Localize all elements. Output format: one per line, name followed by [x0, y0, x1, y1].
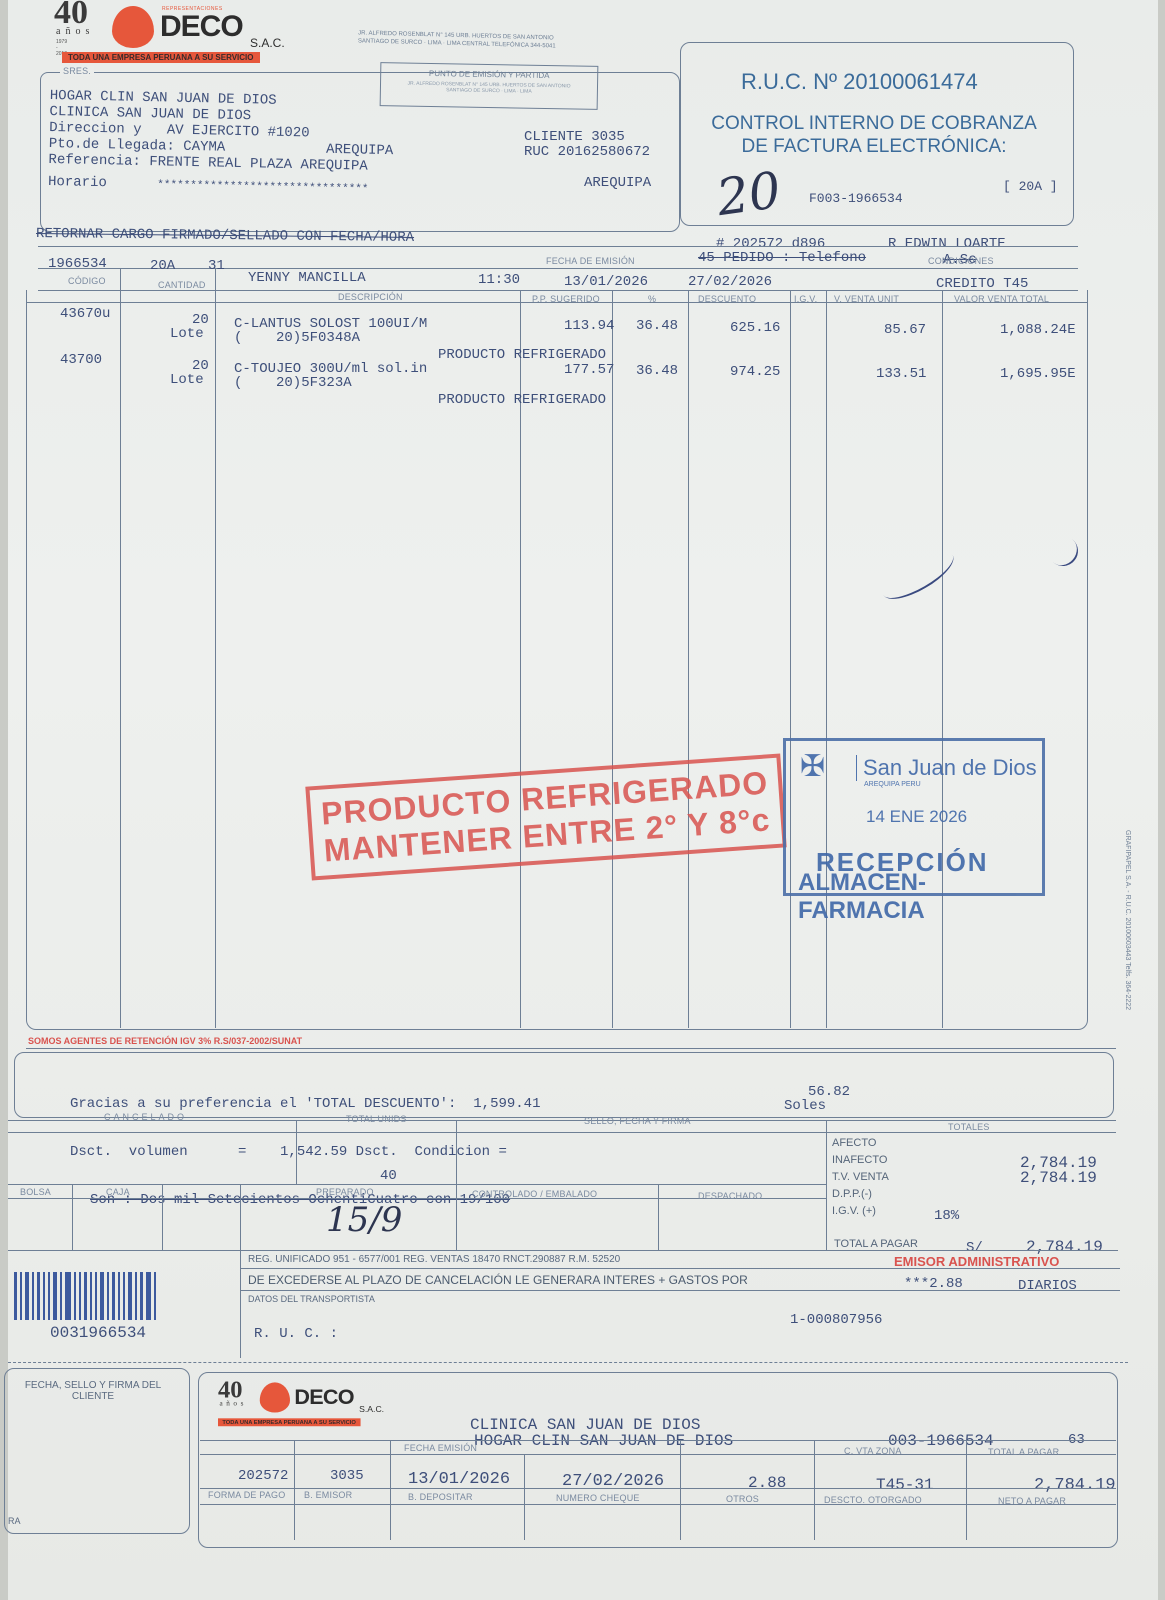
- divider: [8, 1250, 1118, 1251]
- item-pp-sugerido: 177.57: [564, 362, 614, 378]
- col-descuento: DESCUENTO: [698, 294, 756, 304]
- reception-stamp: ✠ San Juan de Dios AREQUIPA PERU 14 ENE …: [783, 738, 1045, 896]
- preparado-label: PREPARADO: [316, 1187, 374, 1197]
- retencion-note: SOMOS AGENTES DE RETENCIÓN IGV 3% R.S/03…: [28, 1036, 302, 1046]
- item-pct: 36.48: [636, 318, 678, 334]
- col-divider: [215, 268, 216, 1028]
- col-divider: [294, 1440, 295, 1540]
- col-divider: [240, 1250, 241, 1358]
- tear-line: [8, 1362, 1128, 1363]
- coupon-emisor: 3035: [330, 1468, 364, 1484]
- coupon-fecha-emision: 13/01/2026: [408, 1470, 510, 1489]
- cliente-code: CLIENTE 3035: [524, 130, 650, 145]
- divider: [38, 268, 1078, 269]
- item-pct: 36.48: [636, 363, 678, 379]
- sales-rep: YENNY MANCILLA: [248, 270, 366, 286]
- fecha-emision-label: FECHA DE EMISIÓN: [546, 256, 635, 266]
- col-divider: [456, 1120, 457, 1250]
- registration-line: REG. UNIFICADO 951 - 6577/001 REG. VENTA…: [248, 1254, 620, 1265]
- logo-brand: DECO: [160, 10, 243, 44]
- logo-suffix: S.A.C.: [250, 36, 285, 50]
- item-descuento: 625.16: [730, 320, 780, 336]
- caja-label: CAJA: [106, 1187, 130, 1197]
- afecto-label: AFECTO: [832, 1135, 889, 1152]
- pedido-line: 45 PEDIDO : Telefono: [698, 250, 866, 266]
- summary-text: Gracias a su preferencia el 'TOTAL DESCU…: [70, 1064, 540, 1240]
- item-v-venta-unit: 133.51: [876, 366, 926, 382]
- control-line-2: DE FACTURA ELECTRÓNICA:: [699, 136, 1049, 159]
- col-divider: [790, 290, 791, 1028]
- transportista-ruc-label: R. U. C. :: [254, 1326, 338, 1342]
- col-divider: [814, 1440, 815, 1540]
- divider: [200, 1504, 1116, 1505]
- item-codigo: 43670u: [60, 306, 110, 322]
- control-title: CONTROL INTERNO DE COBRANZA DE FACTURA E…: [699, 113, 1049, 159]
- order-hora: 11:30: [478, 272, 520, 288]
- ruc-number: R.U.C. Nº 20100061474: [741, 69, 978, 95]
- item-pp-sugerido: 113.94: [564, 318, 614, 334]
- customer-city: AREQUIPA: [584, 175, 651, 191]
- divider: [200, 1440, 1116, 1441]
- coupon-zona-label: C. VTA ZONA: [844, 1446, 902, 1456]
- item-descuento: 974.25: [730, 364, 780, 380]
- logo-suffix: S.A.C.: [359, 1404, 384, 1414]
- summary-total-discount: Gracias a su preferencia el 'TOTAL DESCU…: [70, 1096, 540, 1112]
- igv-rate: 18%: [934, 1208, 959, 1224]
- logo-anos: años: [56, 26, 94, 37]
- inafecto-label: INAFECTO: [832, 1152, 889, 1169]
- col-divider: [688, 290, 689, 1028]
- barcode: 0031966534: [14, 1272, 159, 1342]
- col-divider: [162, 1184, 163, 1250]
- summary-volume-discount: Dsct. volumen = 1,542.59 Dsct. Condicion…: [70, 1144, 540, 1160]
- item-nota: PRODUCTO REFRIGERADO: [438, 347, 606, 363]
- divider: [8, 1184, 826, 1185]
- coupon-invoice-ref: 003-1966534: [888, 1432, 994, 1450]
- sello-label: SELLO, FECHA Y FIRMA: [584, 1116, 691, 1126]
- numero-cheque-label: NUMERO CHEQUE: [556, 1493, 640, 1503]
- logo-brand: DECO: [294, 1385, 354, 1409]
- totals-labels: AFECTO INAFECTO T.V. VENTA D.P.P.(-) I.G…: [832, 1135, 889, 1220]
- cantidad-label-top: CANTIDAD: [158, 280, 206, 290]
- barcode-number: 0031966534: [50, 1324, 159, 1342]
- dpp-label: D.P.P.(-): [832, 1186, 889, 1203]
- total-unids-label: TOTAL UNIDS: [346, 1114, 407, 1124]
- return-note: RETORNAR CARGO FIRMADO/SELLADO CON FECHA…: [36, 226, 414, 246]
- edge-text: RA: [8, 1516, 21, 1526]
- col-divider: [524, 1454, 525, 1540]
- coupon-zona: T45-31: [876, 1476, 934, 1494]
- total-a-pagar-label: TOTAL A PAGAR: [834, 1238, 918, 1250]
- cross-icon: ✠: [800, 749, 825, 784]
- stamp-date: 14 ENE 2026: [866, 807, 967, 827]
- vendedor-code: 31: [208, 258, 225, 274]
- printer-imprint: GRAFIPAPEL S.A. - R.U.C. 20100603443 Tel…: [1124, 830, 1131, 1010]
- stamp-org: San Juan de Dios: [856, 755, 1037, 781]
- divider: [38, 246, 1078, 247]
- logo-slogan: TODA UNA EMPRESA PERUANA A SU SERVICIO: [62, 52, 260, 63]
- emisor-label: EMISOR ADMINISTRATIVO: [894, 1254, 1059, 1269]
- coupon-client-name-struck: HOGAR CLIN SAN JUAN DE DIOS: [474, 1432, 733, 1450]
- coupon-pedido: 202572: [238, 1468, 288, 1484]
- company-address: JR. ALFREDO ROSENBLAT N° 145 URB. HUERTO…: [358, 29, 638, 53]
- coupon-fecha-emision-label: FECHA EMISIÓN: [404, 1443, 477, 1453]
- col-divider: [826, 1120, 827, 1250]
- item-lote: ( 20)5F323A: [234, 375, 352, 391]
- col-pct: %: [648, 294, 656, 304]
- col-divider: [966, 1440, 967, 1540]
- preparado-signature: 15/9: [326, 1200, 402, 1240]
- tv-venta-label: T.V. VENTA: [832, 1169, 889, 1186]
- coupon-total: 2,784.19: [1034, 1476, 1116, 1495]
- total-unids: 40: [380, 1168, 397, 1184]
- col-divider: [390, 1440, 391, 1540]
- forma-pago-label: FORMA DE PAGO: [208, 1490, 285, 1500]
- barcode-icon: [14, 1272, 159, 1320]
- fecha-emision: 13/01/2026: [564, 274, 648, 290]
- series-code: [ 20A ]: [1003, 179, 1058, 194]
- col-v-venta-unit: V. VENTA UNIT: [834, 294, 899, 304]
- direccion-label: Direccion y: [49, 120, 142, 138]
- client-sign-label: FECHA, SELLO Y FIRMA DEL CLIENTE: [18, 1380, 168, 1402]
- sres-label: SRES.: [60, 66, 94, 76]
- controlado-label: CONTROLADO / EMBALADO: [472, 1189, 597, 1199]
- guide-number: 1-000807956: [790, 1312, 882, 1328]
- customer-ruc: RUC 20162580672: [524, 145, 650, 160]
- coupon-total-label: TOTAL A PAGAR: [988, 1447, 1059, 1457]
- stamp-line2: ALMACEN-FARMACIA: [798, 869, 1042, 925]
- llegada-city: AREQUIPA: [326, 142, 394, 159]
- igv-label: I.G.V. (+): [832, 1203, 889, 1220]
- interest-unit: DIARIOS: [1018, 1278, 1077, 1294]
- tv-venta-value: 2,784.19: [1020, 1171, 1097, 1186]
- item-nota: PRODUCTO REFRIGERADO: [438, 392, 606, 408]
- neto-a-pagar-label: NETO A PAGAR: [998, 1496, 1066, 1506]
- codigo-label-top: CÓDIGO: [68, 276, 106, 286]
- logo-slogan: TODA UNA EMPRESA PERUANA A SU SERVICIO: [218, 1418, 360, 1426]
- interest-note: DE EXCEDERSE AL PLAZO DE CANCELACIÓN LE …: [248, 1273, 748, 1287]
- divider: [240, 1290, 1120, 1291]
- referencia-value: FRENTE REAL PLAZA AREQUIPA: [149, 154, 368, 175]
- logo-drop-icon: [112, 6, 154, 48]
- horario-label: Horario: [48, 174, 107, 191]
- item-v-venta-unit: 85.67: [884, 322, 926, 338]
- ruc-box: R.U.C. Nº 20100061474 CONTROL INTERNO DE…: [680, 42, 1074, 226]
- totals-values: 2,784.19 2,784.19: [1020, 1156, 1097, 1186]
- order-number: 1966534: [48, 256, 107, 272]
- customer-block: HOGAR CLIN SAN JUAN DE DIOS CLINICA SAN …: [48, 88, 395, 198]
- item-valor-total: 1,695.95E: [1000, 366, 1076, 382]
- customer-ids: CLIENTE 3035 RUC 20162580672: [524, 130, 650, 160]
- col-divider: [612, 290, 613, 1028]
- col-divider: [296, 1120, 297, 1184]
- llegada-value: CAYMA: [183, 139, 225, 156]
- order-zona: 20A: [150, 258, 175, 274]
- coupon-gasto-diario: 2.88: [748, 1474, 786, 1492]
- divider: [240, 1268, 1120, 1269]
- vendor-name: R EDWIN LOARTE: [888, 236, 1006, 252]
- condiciones-label: CONDICIONES: [928, 256, 994, 266]
- col-divider: [72, 1184, 73, 1250]
- bolsa-label: BOLSA: [20, 1187, 51, 1197]
- col-divider: [240, 1184, 241, 1250]
- item-lote: ( 20)5F0348A: [234, 330, 360, 346]
- logo-anos: años: [219, 1400, 247, 1408]
- invoice-number: F003-1966534: [809, 191, 903, 206]
- control-line-1: CONTROL INTERNO DE COBRANZA: [699, 113, 1049, 136]
- horario-value: ********************************: [157, 179, 368, 195]
- col-descripcion: DESCRIPCIÓN: [338, 292, 403, 302]
- divider: [26, 1048, 1116, 1049]
- item-codigo: 43700: [60, 352, 102, 368]
- col-igv: I.G.V.: [794, 294, 817, 304]
- currency-label: Soles: [784, 1098, 826, 1114]
- item-valor-total: 1,088.24E: [1000, 322, 1076, 338]
- logo-drop-icon: [260, 1382, 290, 1412]
- col-divider: [120, 268, 121, 1028]
- handwritten-mark: 20: [713, 161, 784, 227]
- referencia-label: Referencia: [48, 152, 132, 170]
- descto-otorgado-label: DESCTO. OTORGADO: [824, 1495, 922, 1505]
- b-depositar-label: B. DEPOSITAR: [408, 1492, 473, 1502]
- cancelado-label: CANCELADO: [104, 1112, 187, 1122]
- transportista-label: DATOS DEL TRANSPORTISTA: [248, 1294, 375, 1304]
- divider: [8, 1132, 1116, 1133]
- invoice-document: 40 años 1979 - 2019 REPRESENTACIONES DEC…: [8, 0, 1158, 1600]
- totales-header: TOTALES: [948, 1122, 990, 1132]
- item-lote-label: Lote: [170, 372, 204, 388]
- item-lote-label: Lote: [170, 326, 204, 342]
- col-pp-sugerido: P.P. SUGERIDO: [532, 294, 600, 304]
- col-divider: [680, 1440, 681, 1540]
- fecha-vencimiento: 27/02/2026: [688, 274, 772, 290]
- col-valor-total: VALOR VENTA TOTAL: [954, 294, 1049, 304]
- divider: [200, 1488, 1116, 1489]
- stamp-location: AREQUIPA PERU: [864, 781, 921, 788]
- divider: [200, 1454, 1116, 1455]
- despachado-label: DESPACHADO: [698, 1191, 762, 1201]
- col-divider: [658, 1184, 659, 1250]
- otros-label: OTROS: [726, 1494, 759, 1504]
- b-emisor-label: B. EMISOR: [304, 1490, 352, 1500]
